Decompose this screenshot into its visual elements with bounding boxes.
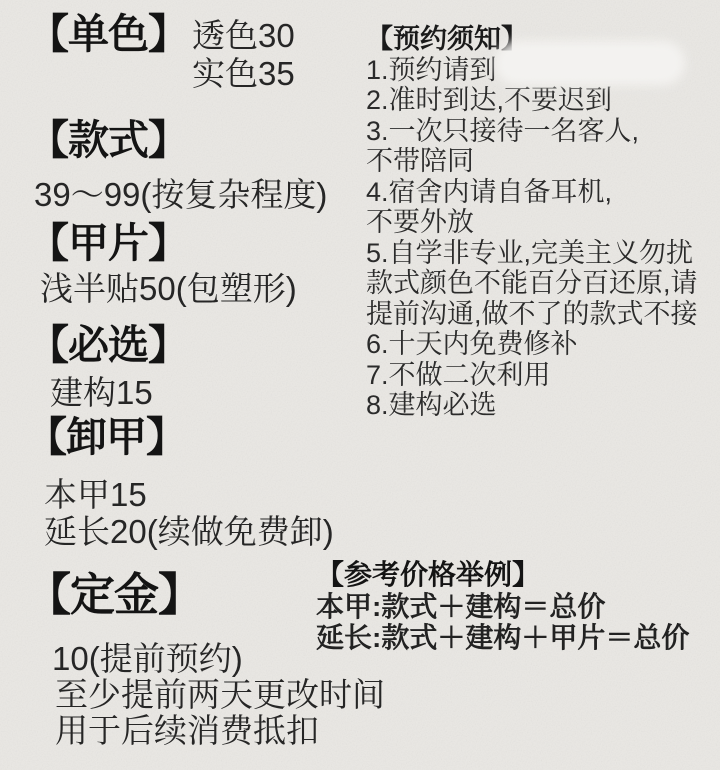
notice-line-4b: 不要外放 bbox=[366, 207, 718, 238]
section-title-style: 【款式】 bbox=[28, 118, 188, 163]
notice-line-5: 5.自学非专业,完美主义勿扰 bbox=[366, 238, 718, 269]
price-line-style-range: 39～99(按复杂程度) bbox=[34, 177, 327, 213]
section-title-removal: 【卸甲】 bbox=[26, 415, 186, 460]
price-example-natural: 本甲:款式＋建构＝总价 bbox=[316, 591, 718, 623]
section-title-nail-tips: 【甲片】 bbox=[28, 221, 188, 266]
notice-line-8: 8.建构必选 bbox=[366, 390, 718, 421]
price-list-poster: 【单色】 透色30 实色35 【款式】 39～99(按复杂程度) 【甲片】 浅半… bbox=[0, 0, 720, 770]
section-title-required: 【必选】 bbox=[28, 323, 188, 368]
notice-line-3: 3.一次只接待一名客人, bbox=[366, 116, 718, 147]
price-example-title: 【参考价格举例】 bbox=[316, 559, 718, 591]
notice-line-5b: 款式颜色不能百分百还原,请 bbox=[366, 268, 718, 299]
notice-line-7: 7.不做二次利用 bbox=[366, 360, 718, 391]
price-example-extension: 延长:款式＋建构＋甲片＝总价 bbox=[316, 622, 718, 654]
notice-line-5c: 提前沟通,做不了的款式不接 bbox=[366, 299, 718, 330]
price-line-removal-natural: 本甲15 bbox=[44, 477, 147, 513]
price-line-deposit-credit: 用于后续消费抵扣 bbox=[55, 713, 319, 749]
notice-line-4: 4.宿舍内请自备耳机, bbox=[366, 177, 718, 208]
section-title-deposit: 【定金】 bbox=[26, 570, 202, 620]
notice-line-6: 6.十天内免费修补 bbox=[366, 329, 718, 360]
price-line-monochrome-clear: 透色30 bbox=[192, 18, 295, 54]
section-title-monochrome: 【单色】 bbox=[28, 12, 188, 57]
price-line-deposit-reschedule: 至少提前两天更改时间 bbox=[55, 677, 385, 713]
price-line-removal-extension: 延长20(续做免费卸) bbox=[44, 514, 334, 550]
price-line-deposit-amount: 10(提前预约) bbox=[52, 641, 243, 677]
price-line-required-structure: 建构15 bbox=[50, 375, 153, 411]
notice-line-2: 2.准时到达,不要迟到 bbox=[366, 85, 718, 116]
price-line-nail-tips: 浅半贴50(包塑形) bbox=[40, 271, 297, 307]
price-example: 【参考价格举例】 本甲:款式＋建构＝总价 延长:款式＋建构＋甲片＝总价 bbox=[316, 559, 718, 654]
price-line-monochrome-solid: 实色35 bbox=[192, 56, 295, 92]
redacted-contact-area bbox=[495, 41, 685, 85]
notice-line-3b: 不带陪同 bbox=[366, 146, 718, 177]
